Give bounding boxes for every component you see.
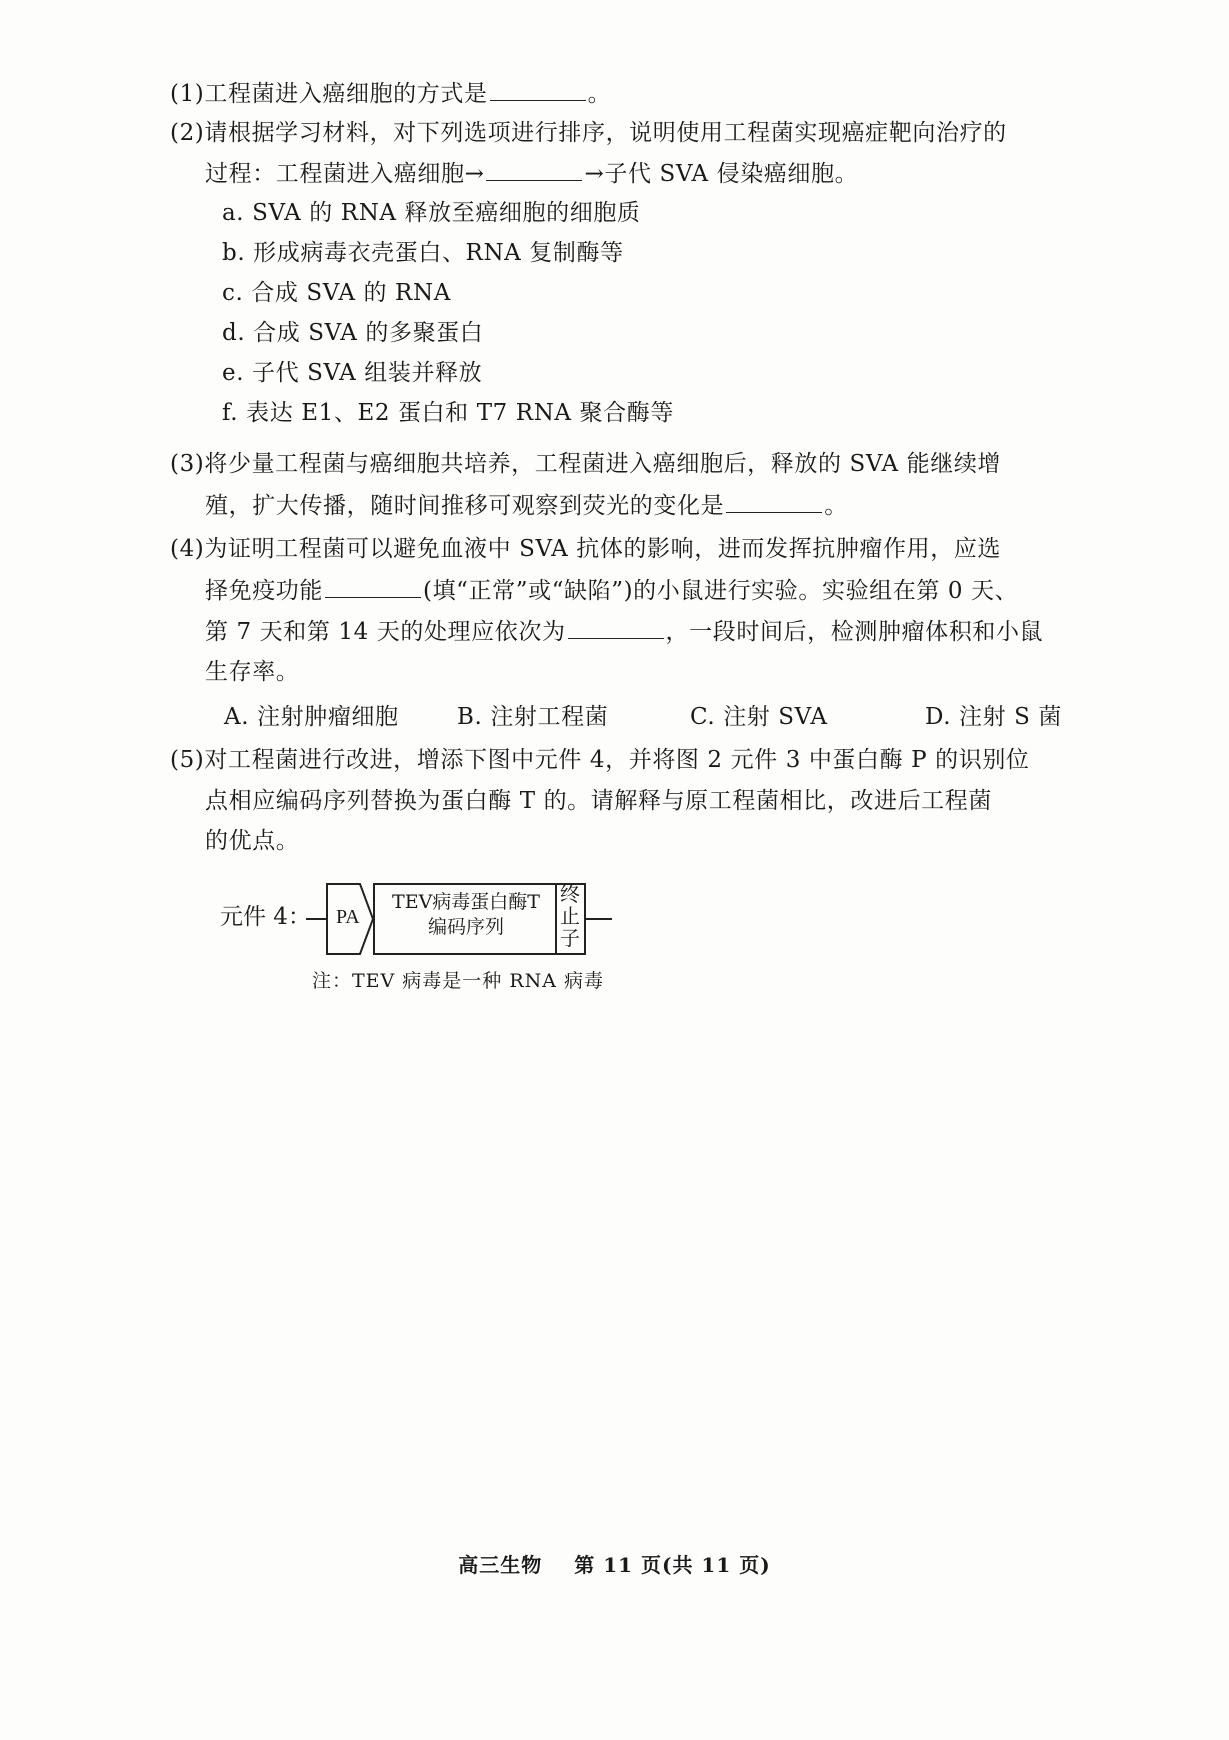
question-3-pre: 殖，扩大传播，随时间推移可观察到荧光的变化是 — [205, 493, 724, 519]
question-3-line-2: 殖，扩大传播，随时间推移可观察到荧光的变化是。 — [205, 490, 848, 521]
element-4-diagram: 元件 4： PA TEV病毒蛋白酶T 编码序列 终止子 — [220, 880, 640, 960]
question-2-text: (2)请根据学习材料，对下列选项进行排序，说明使用工程菌实现癌症靶向治疗的 — [170, 120, 1007, 146]
promoter-pa: PA — [336, 904, 360, 930]
question-4-line-3: 第 7 天和第 14 天的处理应依次为，一段时间后，检测肿瘤体积和小鼠 — [205, 616, 1043, 647]
element-4-label: 元件 4： — [220, 902, 311, 932]
footer-subject: 高三生物 — [458, 1553, 542, 1577]
terminator: 终止子 — [556, 883, 584, 949]
choice-d: D. 注射 S 菌 — [925, 702, 1062, 732]
question-3-text: (3)将少量工程菌与癌细胞共培养，工程菌进入癌细胞后，释放的 SVA 能继续增 — [170, 451, 1001, 477]
question-4-post: (填“正常”或“缺陷”)的小鼠进行实验。实验组在第 0 天、 — [423, 578, 1018, 604]
page-footer: 高三生物 第 11 页(共 11 页) — [0, 1551, 1229, 1579]
sequence-option-e: e. 子代 SVA 组装并释放 — [222, 358, 482, 388]
answer-blank-3[interactable] — [726, 490, 822, 513]
question-4-line3-post: ，一段时间后，检测肿瘤体积和小鼠 — [666, 619, 1044, 645]
coding-sequence: TEV病毒蛋白酶T 编码序列 — [380, 890, 552, 940]
sequence-option-a: a. SVA 的 RNA 释放至癌细胞的细胞质 — [222, 198, 641, 228]
question-1-tail: 。 — [588, 81, 612, 107]
question-5-line-1: (5)对工程菌进行改进，增添下图中元件 4，并将图 2 元件 3 中蛋白酶 P … — [170, 745, 1030, 775]
choice-b: B. 注射工程菌 — [457, 702, 608, 732]
question-2-line-1: (2)请根据学习材料，对下列选项进行排序，说明使用工程菌实现癌症靶向治疗的 — [170, 118, 1007, 148]
sequence-option-d: d. 合成 SVA 的多聚蛋白 — [222, 318, 483, 348]
sequence-option-b: b. 形成病毒衣壳蛋白、RNA 复制酶等 — [222, 238, 624, 268]
choice-a: A. 注射肿瘤细胞 — [224, 702, 399, 732]
question-4-text: (4)为证明工程菌可以避免血液中 SVA 抗体的影响，进而发挥抗肿瘤作用，应选 — [170, 536, 1001, 562]
question-1-text: (1)工程菌进入癌细胞的方式是 — [170, 81, 488, 107]
diagram-note: 注：TEV 病毒是一种 RNA 病毒 — [312, 968, 604, 994]
question-2-post: →子代 SVA 侵染癌细胞。 — [584, 161, 858, 187]
question-4-line-2: 择免疫功能(填“正常”或“缺陷”)的小鼠进行实验。实验组在第 0 天、 — [205, 575, 1018, 606]
terminator-char: 终 — [556, 883, 584, 905]
coding-sequence-line-1: TEV病毒蛋白酶T — [380, 890, 552, 915]
sequence-option-f: f. 表达 E1、E2 蛋白和 T7 RNA 聚合酶等 — [222, 398, 674, 428]
terminator-char: 止 — [556, 905, 584, 927]
question-3-line-1: (3)将少量工程菌与癌细胞共培养，工程菌进入癌细胞后，释放的 SVA 能继续增 — [170, 449, 1001, 479]
question-3-post: 。 — [824, 493, 848, 519]
question-2-line-2: 过程：工程菌进入癌细胞→→子代 SVA 侵染癌细胞。 — [205, 158, 858, 189]
terminator-char: 子 — [556, 927, 584, 949]
sequence-option-c: c. 合成 SVA 的 RNA — [222, 278, 451, 308]
question-4-line3-pre: 第 7 天和第 14 天的处理应依次为 — [205, 619, 566, 645]
coding-sequence-line-2: 编码序列 — [380, 915, 552, 940]
question-4-line-4: 生存率。 — [205, 657, 299, 687]
question-4-line-1: (4)为证明工程菌可以避免血液中 SVA 抗体的影响，进而发挥抗肿瘤作用，应选 — [170, 534, 1001, 564]
question-1: (1)工程菌进入癌细胞的方式是。 — [170, 78, 611, 109]
answer-blank-1[interactable] — [490, 78, 586, 101]
answer-blank-4b[interactable] — [568, 616, 664, 639]
choice-c: C. 注射 SVA — [690, 702, 828, 732]
question-5-line-3: 的优点。 — [205, 826, 299, 856]
answer-blank-2[interactable] — [486, 158, 582, 181]
question-2-pre: 过程：工程菌进入癌细胞→ — [205, 161, 484, 187]
question-5-line-2: 点相应编码序列替换为蛋白酶 T 的。请解释与原工程菌相比，改进后工程菌 — [205, 786, 992, 816]
question-4-pre: 择免疫功能 — [205, 578, 323, 604]
footer-page-number: 第 11 页(共 11 页) — [574, 1553, 770, 1577]
answer-blank-4a[interactable] — [325, 575, 421, 598]
